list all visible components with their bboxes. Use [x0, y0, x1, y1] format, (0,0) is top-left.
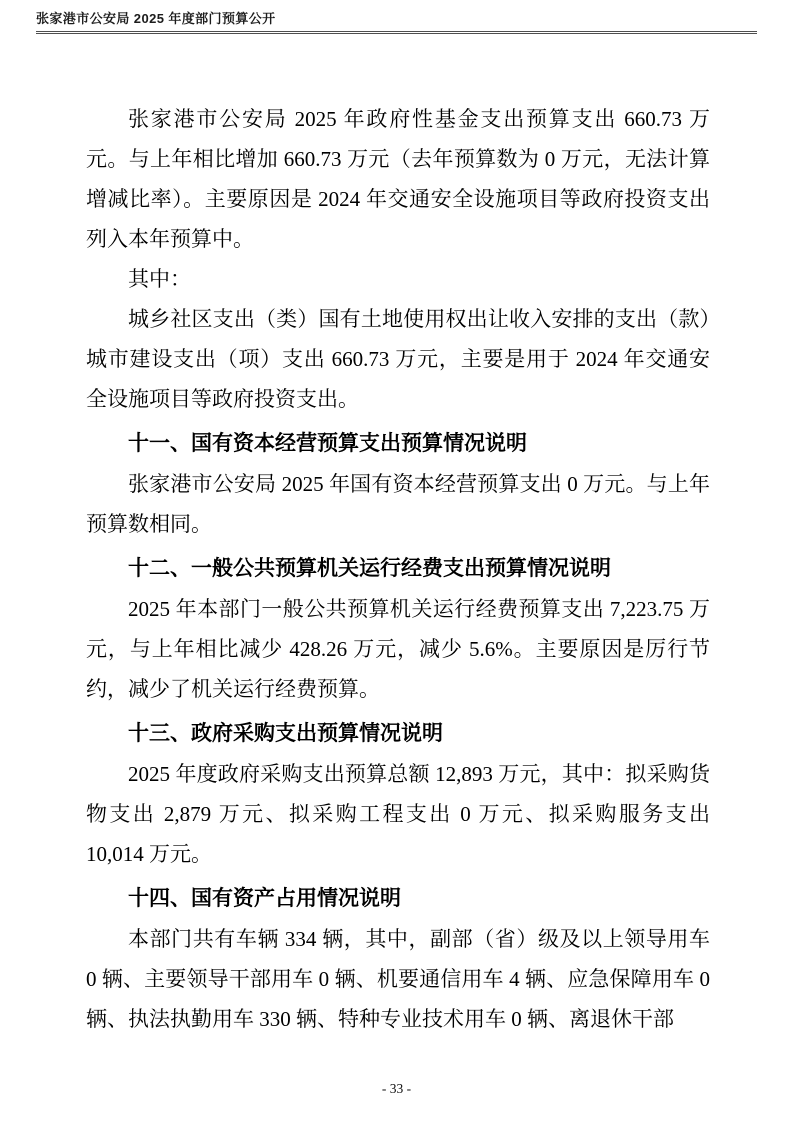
- document-body: 张家港市公安局 2025 年政府性基金支出预算支出 660.73 万元。与上年相…: [86, 99, 710, 1039]
- paragraph-among-which: 其中：: [86, 259, 710, 299]
- header-rule: [36, 31, 757, 34]
- page-header: 张家港市公安局 2025 年度部门预算公开: [36, 11, 757, 34]
- section-heading-11-state-capital: 十一、国有资本经营预算支出预算情况说明: [86, 424, 710, 464]
- paragraph-vehicle-assets: 本部门共有车辆 334 辆，其中，副部（省）级及以上领导用车 0 辆、主要领导干…: [86, 919, 710, 1039]
- paragraph-gov-fund-summary: 张家港市公安局 2025 年政府性基金支出预算支出 660.73 万元。与上年相…: [86, 99, 710, 259]
- paragraph-state-capital-budget: 张家港市公安局 2025 年国有资本经营预算支出 0 万元。与上年预算数相同。: [86, 464, 710, 544]
- paragraph-urban-rural-detail: 城乡社区支出（类）国有土地使用权出让收入安排的支出（款）城市建设支出（项）支出 …: [86, 299, 710, 419]
- page-footer: - 33 -: [0, 1080, 793, 1098]
- header-title: 张家港市公安局 2025 年度部门预算公开: [36, 11, 757, 27]
- section-heading-12-operating-funds: 十二、一般公共预算机关运行经费支出预算情况说明: [86, 549, 710, 589]
- paragraph-operating-funds: 2025 年本部门一般公共预算机关运行经费预算支出 7,223.75 万元，与上…: [86, 589, 710, 709]
- paragraph-procurement-budget: 2025 年度政府采购支出预算总额 12,893 万元，其中：拟采购货物支出 2…: [86, 754, 710, 874]
- section-heading-14-state-assets: 十四、国有资产占用情况说明: [86, 879, 710, 919]
- document-page: 张家港市公安局 2025 年度部门预算公开 张家港市公安局 2025 年政府性基…: [0, 0, 793, 1122]
- page-number: - 33 -: [382, 1081, 411, 1096]
- section-heading-13-procurement: 十三、政府采购支出预算情况说明: [86, 714, 710, 754]
